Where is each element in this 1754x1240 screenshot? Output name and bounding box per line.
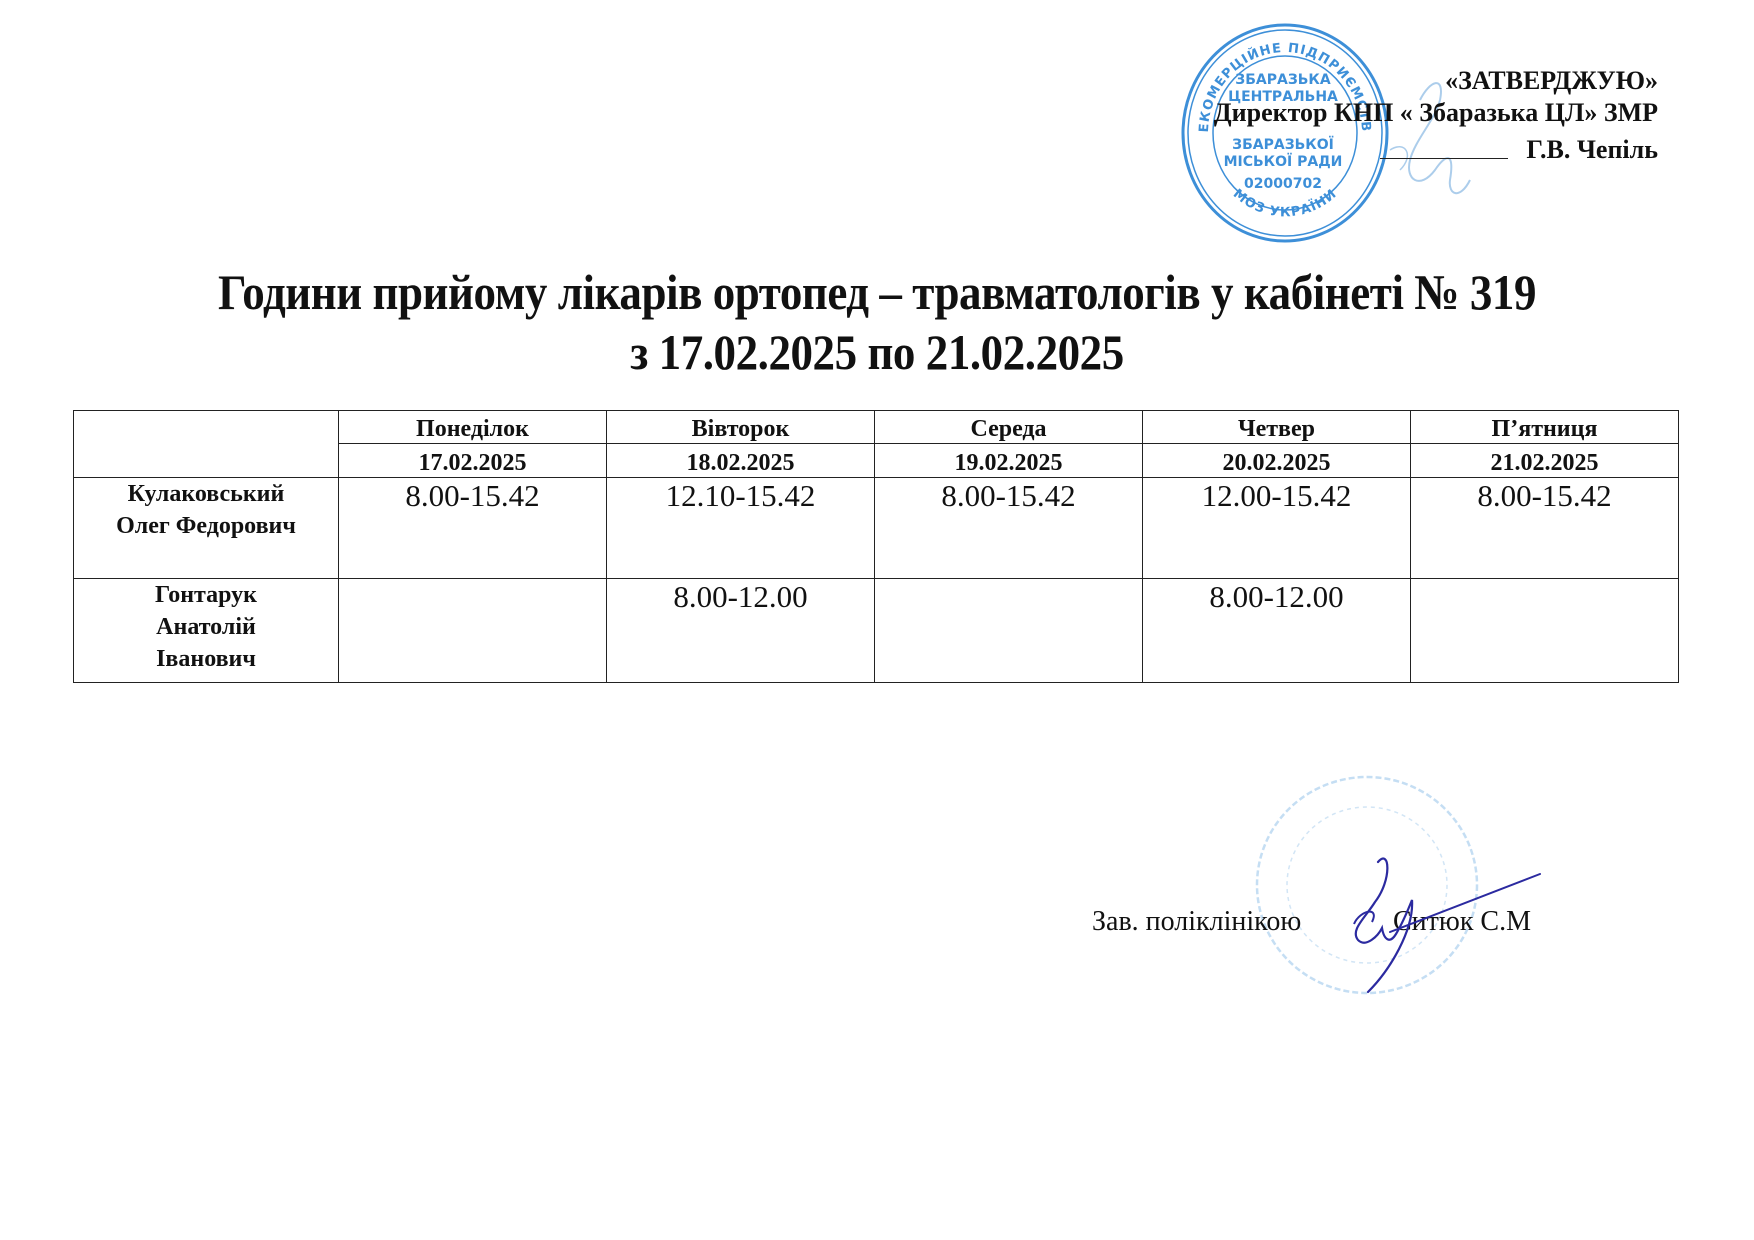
approval-heading: «ЗАТВЕРДЖУЮ» <box>1445 66 1658 96</box>
stamp-line: 02000702 <box>1244 176 1322 192</box>
header-date: 17.02.2025 <box>339 444 607 478</box>
stamp-line: ЗБАРАЗЬКА <box>1235 72 1331 88</box>
header-date: 20.02.2025 <box>1143 444 1411 478</box>
table-row: Гонтарук Анатолій Іванович 8.00-12.00 8.… <box>74 579 1679 683</box>
header-day: Вівторок <box>607 411 875 444</box>
hours-cell: 12.00-15.42 <box>1143 478 1411 579</box>
page-subtitle-date-range: з 17.02.2025 по 21.02.2025 <box>88 322 1667 382</box>
footer-position: Зав. поліклінікою <box>1092 906 1301 938</box>
table-header-days: Понеділок Вівторок Середа Четвер П’ятниц… <box>74 411 1679 444</box>
signature-line <box>1380 158 1508 159</box>
hours-cell: 8.00-15.42 <box>1411 478 1679 579</box>
hours-cell <box>875 579 1143 683</box>
hours-cell: 8.00-12.00 <box>607 579 875 683</box>
doctor-name: Гонтарук Анатолій Іванович <box>74 579 339 683</box>
header-day: П’ятниця <box>1411 411 1679 444</box>
head-signature <box>1320 840 1560 1000</box>
hours-cell: 8.00-15.42 <box>875 478 1143 579</box>
header-day: Середа <box>875 411 1143 444</box>
header-date: 18.02.2025 <box>607 444 875 478</box>
header-day: Четвер <box>1143 411 1411 444</box>
table-row: Кулаковський Олег Федорович 8.00-15.42 1… <box>74 478 1679 579</box>
hours-cell: 8.00-15.42 <box>339 478 607 579</box>
doctor-given-names: Олег Федорович <box>74 510 338 542</box>
header-date: 21.02.2025 <box>1411 444 1679 478</box>
header-corner-cell <box>74 411 339 478</box>
doctor-surname: Гонтарук <box>74 579 338 611</box>
header-date: 19.02.2025 <box>875 444 1143 478</box>
stamp-line: ЗБАРАЗЬКОЇ <box>1232 136 1334 153</box>
hours-cell <box>339 579 607 683</box>
hours-cell: 8.00-12.00 <box>1143 579 1411 683</box>
schedule-table: Понеділок Вівторок Середа Четвер П’ятниц… <box>73 410 1679 683</box>
organization-stamp: НЕКОМЕРЦІЙНЕ ПІДПРИЄМСТВО МОЗ УКРАЇНИ ЗБ… <box>1180 22 1390 244</box>
doctor-first-name: Анатолій <box>74 611 338 643</box>
hours-cell: 12.10-15.42 <box>607 478 875 579</box>
approval-name: Г.В. Чепіль <box>1526 135 1658 165</box>
stamp-line: МІСЬКОЇ РАДИ <box>1224 153 1343 170</box>
page-title: Години прийому лікарів ортопед – травмат… <box>88 262 1667 322</box>
hours-cell <box>1411 579 1679 683</box>
header-day: Понеділок <box>339 411 607 444</box>
doctor-patronymic: Іванович <box>74 643 338 675</box>
doctor-surname: Кулаковський <box>74 478 338 510</box>
doctor-name: Кулаковський Олег Федорович <box>74 478 339 579</box>
approval-position: Директор КНП « Збаразька ЦЛ» ЗМР <box>1214 98 1658 128</box>
